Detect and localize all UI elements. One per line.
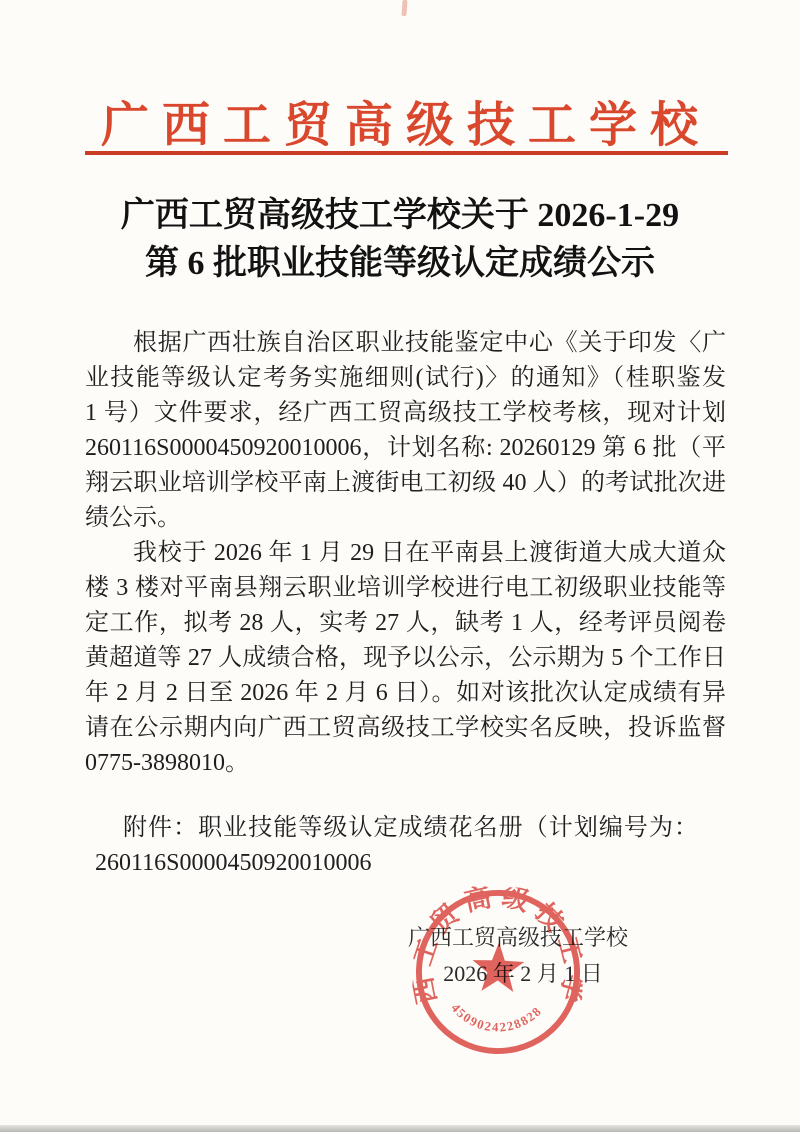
- attachment-plan-number: 260116S0000450920010006: [85, 846, 726, 881]
- body-line: 1 号）文件要求，经广西工贸高级技工学校考核，现对计划编号为：: [85, 396, 726, 431]
- body-line: 根据广西壮族自治区职业技能鉴定中心《关于印发〈广西职: [85, 326, 726, 361]
- body-line: 翔云职业培训学校平南上渡街电工初级 40 人）的考试批次进行成: [85, 466, 726, 501]
- document-title-line2: 第 6 批职业技能等级认定成绩公示: [75, 240, 725, 288]
- body-line: 年 2 月 2 日至 2026 年 2 月 6 日）。如对该批次认定成绩有异议，: [85, 676, 726, 711]
- svg-text:4509024228828: 4509024228828: [448, 1001, 546, 1037]
- document-body: 根据广西壮族自治区职业技能鉴定中心《关于印发〈广西职 业技能等级认定考务实施细则…: [85, 326, 726, 881]
- document-title: 广西工贸高级技工学校关于 2026-1-29 第 6 批职业技能等级认定成绩公示: [75, 192, 725, 288]
- document-title-line1: 广西工贸高级技工学校关于 2026-1-29: [75, 192, 725, 240]
- official-seal: 广西工贸高级技工学校 4509024228828: [410, 884, 586, 1060]
- scan-artifact-mark: [401, 0, 407, 16]
- body-line: 绩公示。: [85, 501, 726, 536]
- body-line: 请在公示期内向广西工贸高级技工学校实名反映，投诉监督电话：: [85, 711, 726, 746]
- body-line: 260116S0000450920010006，计划名称: 20260129 第…: [85, 431, 726, 466]
- scan-bottom-edge: [0, 1125, 800, 1132]
- body-line: 0775-3898010。: [85, 746, 726, 781]
- body-line: 楼 3 楼对平南县翔云职业培训学校进行电工初级职业技能等级认: [85, 571, 726, 606]
- body-line: 黄超道等 27 人成绩合格，现予以公示，公示期为 5 个工作日（2026: [85, 641, 726, 676]
- scanned-document-page: 广西工贸高级技工学校 广西工贸高级技工学校关于 2026-1-29 第 6 批职…: [0, 0, 800, 1132]
- body-line: 定工作，拟考 28 人，实考 27 人，缺考 1 人，经考评员阅卷评分，: [85, 606, 726, 641]
- body-line: 我校于 2026 年 1 月 29 日在平南县上渡街道大成大道众思大: [85, 536, 726, 571]
- attachment-line: 附件：职业技能等级认定成绩花名册（计划编号为：: [85, 811, 726, 846]
- seal-star-icon: [471, 941, 524, 992]
- body-line: 业技能等级认定考务实施细则(试行)〉的通知》（桂职鉴发〔2021〕: [85, 361, 726, 396]
- letterhead-divider: [85, 151, 728, 155]
- seal-code: 4509024228828: [448, 1001, 546, 1037]
- letterhead: 广西工贸高级技工学校: [85, 86, 727, 155]
